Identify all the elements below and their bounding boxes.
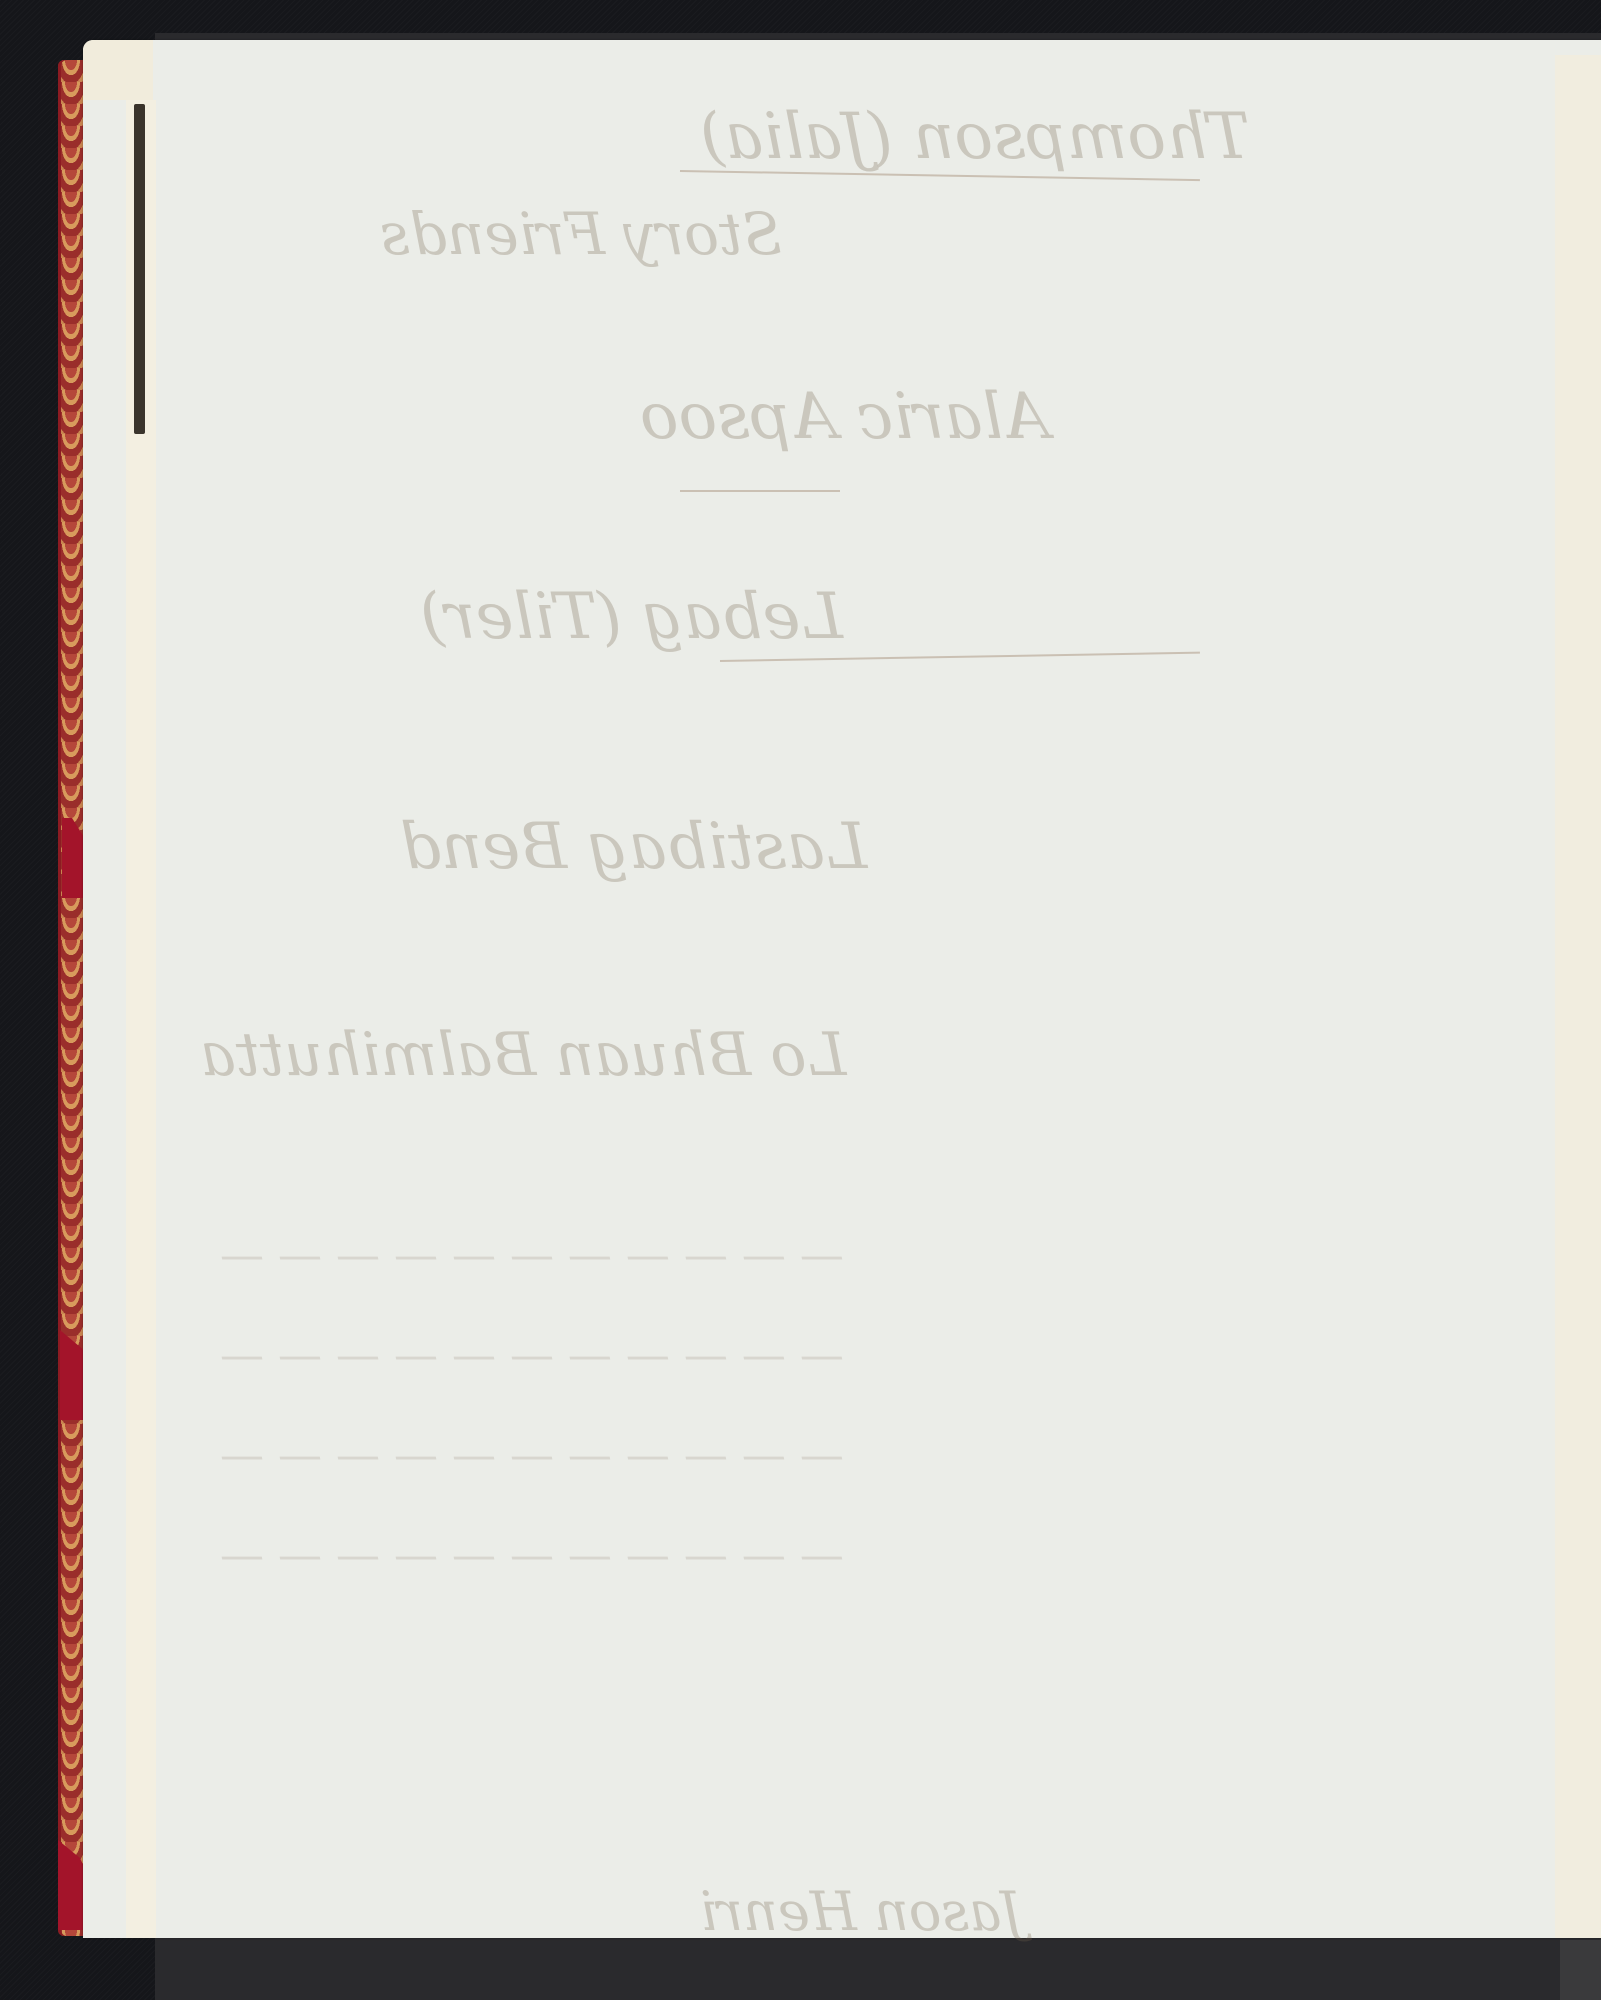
backing-board-corner	[1560, 1940, 1601, 2000]
page-fore-edge	[1555, 55, 1601, 1938]
decorative-border-strip	[134, 104, 145, 434]
page-corner-tab	[83, 40, 153, 100]
blank-page	[83, 40, 1601, 1938]
